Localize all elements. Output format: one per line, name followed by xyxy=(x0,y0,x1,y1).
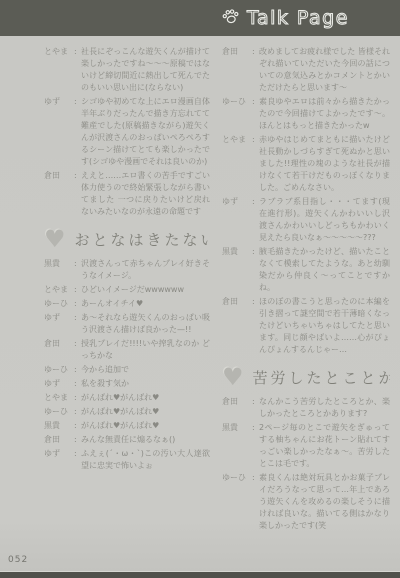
dialogue-text: 2ページ毎のとこで遊矢をぎゅってする柚ちゃんにお花トーン貼れてすっごい楽しかった… xyxy=(259,422,390,470)
colon-separator: : xyxy=(252,422,259,470)
speaker-name: ゆず xyxy=(44,96,74,168)
page-title: Talk Page xyxy=(247,7,349,29)
colon-separator: : xyxy=(74,258,81,282)
dialogue-entry: 倉田:ほのぼの書こうと思ったのに本編を引き摺って謎空間で若干薄暗くなったけどいち… xyxy=(222,296,390,356)
section-heading-text: おとなはきたない xyxy=(75,229,210,250)
speaker-name: ゆーひ xyxy=(44,298,74,310)
speaker-name: とやま xyxy=(44,46,74,94)
dialogue-text: ええと……エロ書くの苦手ですごい体力使うので終始緊張しながら書いてました 一つに… xyxy=(81,170,210,218)
colon-separator: : xyxy=(252,46,259,94)
talk-content: とやま:社長にぞっこんな遊矢くんが描けて楽しかったですね〜〜〜原稿ではないけど締… xyxy=(44,46,390,546)
dialogue-text: ほのぼの書こうと思ったのに本編を引き摺って謎空間で若干薄暗くなったけどいちゃいち… xyxy=(259,296,390,356)
colon-separator: : xyxy=(252,246,259,294)
dialogue-text: みんな無責任に煽るなぁ() xyxy=(81,434,210,446)
speaker-name: ゆず xyxy=(44,312,74,336)
page-number: 052 xyxy=(8,555,28,565)
dialogue-text: 私を殺す気か xyxy=(81,378,210,390)
dialogue-entry: とやま:がんばれ♥がんばれ♥ xyxy=(44,392,210,404)
speaker-name: ゆーひ xyxy=(222,472,252,532)
speaker-name: 倉田 xyxy=(44,434,74,446)
dialogue-entry: 倉田:授乳プレイだ!!!!いや搾乳なのか どっちかな xyxy=(44,338,210,362)
dialogue-entry: 倉田:みんな無責任に煽るなぁ() xyxy=(44,434,210,446)
dialogue-text: ふえぇ(´・ω・`)この汚い大人達欲望に忠実で怖いよぉ xyxy=(81,448,210,472)
colon-separator: : xyxy=(74,312,81,336)
dialogue-entry: ゆーひ:今から追加で xyxy=(44,364,210,376)
colon-separator: : xyxy=(74,448,81,472)
heart-icon: ♥ xyxy=(222,366,244,388)
speaker-name: 倉田 xyxy=(44,170,74,218)
right-column: 倉田:改めましてお疲れ様でした 皆様それぞれ描いていただいた今回の話についての意… xyxy=(222,46,390,546)
dialogue-text: 素良くんは絶対玩具とかお菓子プレイだろうなって思って…年上であろう遊矢くんを攻め… xyxy=(259,472,390,532)
colon-separator: : xyxy=(74,364,81,376)
heart-icon: ♥ xyxy=(44,228,66,250)
speaker-name: 倉田 xyxy=(222,296,252,356)
speaker-name: ゆず xyxy=(44,448,74,472)
dialogue-entry: ゆず:シゴゆや初めてな上にエロ漫画自体半年ぶりだったんで描き方忘れてて難産でした… xyxy=(44,96,210,168)
colon-separator: : xyxy=(74,378,81,390)
dialogue-text: あ〜それなら遊矢くんのおっぱい吸う沢渡さん描けば良かった—!! xyxy=(81,312,210,336)
colon-separator: : xyxy=(74,284,81,296)
colon-separator: : xyxy=(74,46,81,94)
colon-separator: : xyxy=(252,96,259,132)
dialogue-text: 授乳プレイだ!!!!いや搾乳なのか どっちかな xyxy=(81,338,210,362)
dialogue-text: あーんオイチイ♥ xyxy=(81,298,210,310)
colon-separator: : xyxy=(252,196,259,244)
speaker-name: とやま xyxy=(222,134,252,194)
colon-separator: : xyxy=(74,392,81,404)
dialogue-entry: とやま:赤ゆやはじめてまともに描いたけど社長動かしづらすぎて死ぬかと思いました!… xyxy=(222,134,390,194)
dialogue-entry: ゆーひ:素良ゆやエロは前々から描きたかったので今回描けてよかったです〜。ほんとは… xyxy=(222,96,390,132)
dialogue-entry: 黒貴:がんばれ♥がんばれ♥ xyxy=(44,420,210,432)
dialogue-entry: ゆず:あ〜それなら遊矢くんのおっぱい吸う沢渡さん描けば良かった—!! xyxy=(44,312,210,336)
dialogue-text: がんばれ♥がんばれ♥ xyxy=(81,406,210,418)
dialogue-entry: ゆず:ふえぇ(´・ω・`)この汚い大人達欲望に忠実で怖いよぉ xyxy=(44,448,210,472)
dialogue-text: 腋毛描きたかったけど、描いたことなくて模索してたような。あと幼馴染だから仲良く〜… xyxy=(259,246,390,294)
dialogue-text: ラブラブ系目指し・・・てます(現在進行形)。遊矢くんかわいいし沢渡さんかわいいし… xyxy=(259,196,390,244)
speaker-name: 倉田 xyxy=(222,46,252,94)
dialogue-text: がんばれ♥がんばれ♥ xyxy=(81,420,210,432)
left-column: とやま:社長にぞっこんな遊矢くんが描けて楽しかったですね〜〜〜原稿ではないけど締… xyxy=(44,46,210,546)
colon-separator: : xyxy=(74,96,81,168)
colon-separator: : xyxy=(74,338,81,362)
dialogue-entry: とやま:社長にぞっこんな遊矢くんが描けて楽しかったですね〜〜〜原稿ではないけど締… xyxy=(44,46,210,94)
speaker-name: 倉田 xyxy=(44,338,74,362)
colon-separator: : xyxy=(252,296,259,356)
dialogue-text: 今から追加で xyxy=(81,364,210,376)
dialogue-text: ひどいイメージだwwwwww xyxy=(81,284,210,296)
dialogue-entry: ゆーひ:素良くんは絶対玩具とかお菓子プレイだろうなって思って…年上であろう遊矢く… xyxy=(222,472,390,532)
dialogue-entry: ゆず:ラブラブ系目指し・・・てます(現在進行形)。遊矢くんかわいいし沢渡さんかわ… xyxy=(222,196,390,244)
section-heading: ♥苦労したとことか xyxy=(222,366,390,388)
dialogue-entry: 倉田:ええと……エロ書くの苦手ですごい体力使うので終始緊張しながら書いてました … xyxy=(44,170,210,218)
speaker-name: ゆーひ xyxy=(44,364,74,376)
dialogue-text: がんばれ♥がんばれ♥ xyxy=(81,392,210,404)
dialogue-entry: 黒貴:腋毛描きたかったけど、描いたことなくて模索してたような。あと幼馴染だから仲… xyxy=(222,246,390,294)
bottom-band xyxy=(0,571,400,578)
colon-separator: : xyxy=(74,406,81,418)
dialogue-text: シゴゆや初めてな上にエロ漫画自体半年ぶりだったんで描き方忘れてて難産でした(原稿… xyxy=(81,96,210,168)
colon-separator: : xyxy=(74,170,81,218)
speaker-name: 倉田 xyxy=(222,396,252,420)
speaker-name: 黒貴 xyxy=(222,422,252,470)
dialogue-entry: ゆーひ:がんばれ♥がんばれ♥ xyxy=(44,406,210,418)
section-heading: ♥おとなはきたない xyxy=(44,228,210,250)
speaker-name: 黒貴 xyxy=(44,258,74,282)
dialogue-text: 改めましてお疲れ様でした 皆様それぞれ描いていただいた今回の話についての意気込み… xyxy=(259,46,390,94)
dialogue-text: 赤ゆやはじめてまともに描いたけど社長動かしづらすぎて死ぬかと思いました!!理性の… xyxy=(259,134,390,194)
colon-separator: : xyxy=(252,396,259,420)
speaker-name: 黒貴 xyxy=(44,420,74,432)
paw-print-icon xyxy=(220,5,242,30)
dialogue-text: なんかこう苦労したところとか、楽しかったところとかあります? xyxy=(259,396,390,420)
dialogue-entry: 倉田:改めましてお疲れ様でした 皆様それぞれ描いていただいた今回の話についての意… xyxy=(222,46,390,94)
colon-separator: : xyxy=(74,298,81,310)
dialogue-entry: とやま:ひどいイメージだwwwwww xyxy=(44,284,210,296)
speaker-name: ゆず xyxy=(222,196,252,244)
speaker-name: ゆーひ xyxy=(222,96,252,132)
dialogue-entry: 黒貴:2ページ毎のとこで遊矢をぎゅってする柚ちゃんにお花トーン貼れてすっごい楽し… xyxy=(222,422,390,470)
dialogue-text: 素良ゆやエロは前々から描きたかったので今回描けてよかったです〜。ほんとはもっと描… xyxy=(259,96,390,132)
colon-separator: : xyxy=(252,134,259,194)
colon-separator: : xyxy=(74,434,81,446)
colon-separator: : xyxy=(252,472,259,532)
speaker-name: ゆず xyxy=(44,378,74,390)
dialogue-entry: 倉田:なんかこう苦労したところとか、楽しかったところとかあります? xyxy=(222,396,390,420)
colon-separator: : xyxy=(74,420,81,432)
speaker-name: とやま xyxy=(44,392,74,404)
speaker-name: ゆーひ xyxy=(44,406,74,418)
dialogue-entry: ゆず:私を殺す気か xyxy=(44,378,210,390)
speaker-name: とやま xyxy=(44,284,74,296)
title-band: Talk Page xyxy=(0,0,400,36)
speaker-name: 黒貴 xyxy=(222,246,252,294)
section-heading-text: 苦労したとことか xyxy=(253,367,390,388)
dialogue-text: 社長にぞっこんな遊矢くんが描けて楽しかったですね〜〜〜原稿ではないけど締切間近に… xyxy=(81,46,210,94)
dialogue-text: 沢渡さんって赤ちゃんプレイ好きそうなイメージ。 xyxy=(81,258,210,282)
dialogue-entry: ゆーひ:あーんオイチイ♥ xyxy=(44,298,210,310)
dialogue-entry: 黒貴:沢渡さんって赤ちゃんプレイ好きそうなイメージ。 xyxy=(44,258,210,282)
